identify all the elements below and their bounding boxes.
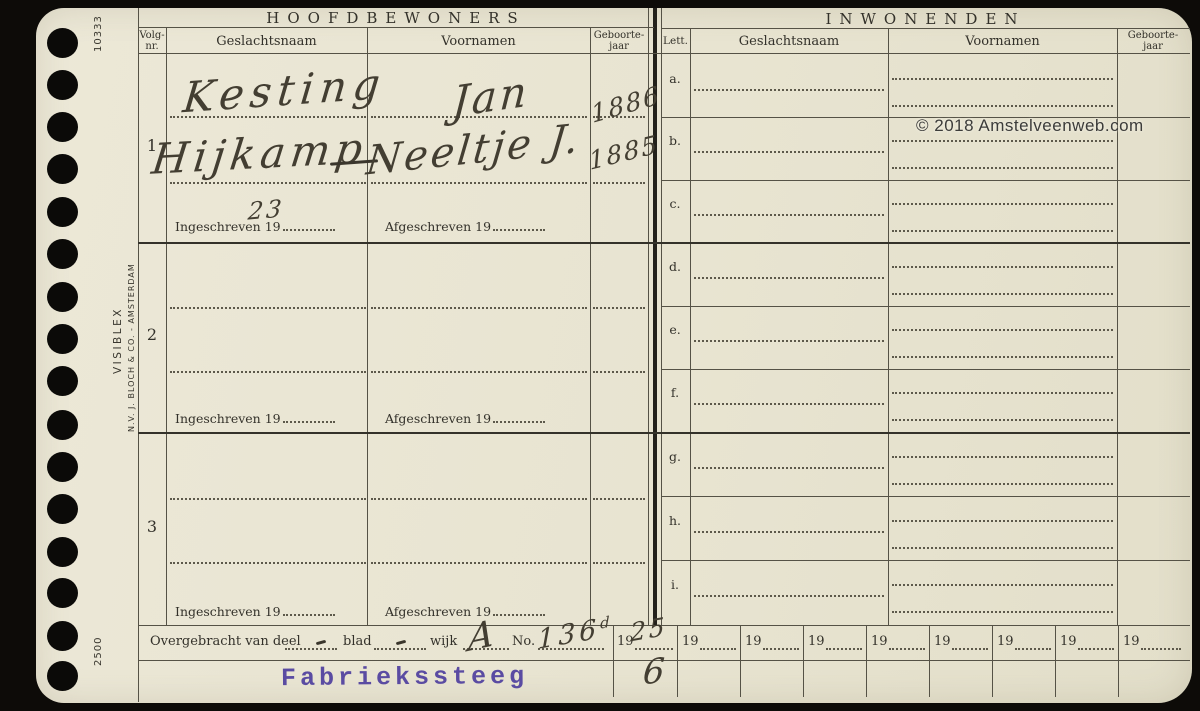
overgebracht-label: Overgebracht van deel [150,634,301,649]
grid-line [740,626,741,697]
grid-line [138,53,1190,54]
lett-label: d. [661,259,689,274]
punch-hole [47,154,78,184]
punch-hole [47,324,78,354]
dotted-line [593,307,645,309]
punch-hole [47,197,78,227]
punch-hole [47,621,78,651]
dotted-line [892,105,1113,107]
dotted-line [285,648,337,650]
col-header-firstnames-left: Voornamen [367,34,590,49]
watermark: © 2018 Amstelveenweb.com [916,116,1144,136]
dotted-line [371,371,587,373]
punch-hole [47,239,78,269]
afgeschreven-label: Afgeschreven 19 [385,219,491,234]
dotted-line [892,293,1113,295]
dotted-line [892,611,1113,613]
dotted-line [694,467,884,469]
handwritten-house-number: 6 [642,651,666,694]
dotted-line [170,562,366,564]
year-cell-label: 19 [745,634,762,649]
ingeschreven-label: Ingeschreven 19 [175,411,281,426]
dotted-line [170,371,366,373]
punch-hole [47,410,78,440]
grid-line [661,560,1190,561]
lett-label: c. [661,196,689,211]
dotted-line [892,78,1113,80]
dotted-line [371,307,587,309]
col-header-birthyear-left-line2: jaar [590,41,648,52]
lett-label: b. [661,133,689,148]
grid-line [661,28,1190,29]
dotted-line [283,412,335,423]
dotted-line [694,403,884,405]
handwritten-ingeschreven-year: 23 [247,194,286,226]
punch-hole [47,28,78,58]
col-header-volgnr-line1: Volg- [138,30,166,41]
grid-line [661,496,1190,497]
dotted-line [892,456,1113,458]
row-number: 2 [138,325,166,344]
dotted-line [892,584,1113,586]
year-cell-label: 19 [997,634,1014,649]
dotted-line [635,648,673,650]
dotted-line [892,356,1113,358]
dotted-line [700,648,736,650]
year-cell-label: 19 [1060,634,1077,649]
brand-maker: N.V. J. BLOCH & CO. - AMSTERDAM [127,260,136,432]
dotted-line [892,230,1113,232]
dotted-line [892,483,1113,485]
lett-label: f. [661,385,689,400]
ingeschreven-row2: Ingeschreven 19 [175,411,335,426]
afgeschreven-row2: Afgeschreven 19 [385,411,545,426]
dotted-line [763,648,799,650]
dotted-line [694,595,884,597]
dotted-line [493,412,545,423]
col-header-birthyear-right-line2: jaar [1117,41,1189,52]
grid-line [677,626,678,697]
punch-hole [47,366,78,396]
dotted-line [593,182,645,184]
afgeschreven-label: Afgeschreven 19 [385,411,491,426]
dotted-line [593,371,645,373]
group-divider [138,242,1190,244]
dotted-line [371,562,587,564]
grid-line [661,369,1190,370]
year-cell-label: 19 [934,634,951,649]
dotted-line [892,392,1113,394]
punch-hole [47,70,78,100]
grid-line [803,626,804,697]
dotted-line [694,214,884,216]
group-divider [138,432,1190,434]
grid-line [138,27,654,28]
dotted-line [892,329,1113,331]
punch-hole [47,112,78,142]
wijk-label: wijk [430,634,457,649]
year-cell-label: 19 [871,634,888,649]
afgeschreven-row1: Afgeschreven 19 [385,219,545,234]
lett-label: a. [661,71,689,86]
grid-line [661,306,1190,307]
dotted-line [952,648,988,650]
dotted-line [694,340,884,342]
inwonenden-title: INWONENDEN [661,10,1190,28]
punch-hole [47,578,78,608]
dotted-line [170,498,366,500]
col-header-volgnr: Volg- nr. [138,30,166,52]
dotted-line [892,167,1113,169]
punch-hole [47,494,78,524]
dotted-line [889,648,925,650]
lett-label: h. [661,513,689,528]
scanned-register-card: 10333 VISIBLEX N.V. J. BLOCH & CO. - AMS… [0,0,1200,711]
grid-line [992,626,993,697]
dotted-line [170,182,366,184]
dotted-line [892,520,1113,522]
ingeschreven-row3: Ingeschreven 19 [175,604,335,619]
col-header-birthyear-left-line1: Geboorte- [590,30,648,41]
dotted-line [371,498,587,500]
dotted-line [892,203,1113,205]
lett-label: g. [661,449,689,464]
grid-line [367,27,368,625]
row-number: 3 [138,517,166,536]
dotted-line [892,547,1113,549]
dotted-line [892,140,1113,142]
dotted-line [493,605,545,616]
dotted-line [892,419,1113,421]
col-header-birthyear-left: Geboorte- jaar [590,30,648,52]
hoofdbewoners-title: HOOFDBEWONERS [138,9,654,27]
dotted-line [371,182,587,184]
col-header-surname-right: Geslachtsnaam [690,34,888,49]
punch-hole [47,282,78,312]
col-header-firstnames-right: Voornamen [888,34,1117,49]
dotted-line [593,498,645,500]
dotted-line [892,266,1113,268]
dotted-line [1141,648,1181,650]
lett-label: e. [661,322,689,337]
dotted-line [826,648,862,650]
dotted-line [493,220,545,231]
dotted-line [1078,648,1114,650]
grid-line [1055,626,1056,697]
card-code-bottom: 2500 [93,626,104,666]
col-header-surname-left: Geslachtsnaam [166,34,367,49]
dotted-line [283,220,335,231]
year-cell-label: 19 [1123,634,1140,649]
col-header-birthyear-right-line1: Geboorte- [1117,30,1189,41]
grid-line [929,626,930,697]
card-code-top: 10333 [93,12,104,52]
dotted-line [283,605,335,616]
dotted-line [694,89,884,91]
dotted-line [593,562,645,564]
punch-hole [47,452,78,482]
grid-line [866,626,867,697]
dotted-line [170,307,366,309]
col-header-lett: Lett. [661,36,690,47]
handwritten-wijk: A [468,613,495,661]
street-name-stamp: Fabriekssteeg [281,662,528,693]
col-header-birthyear-right: Geboorte- jaar [1117,30,1189,52]
dotted-line [694,151,884,153]
dotted-line [1015,648,1051,650]
dotted-line [694,531,884,533]
year-cell-label: 19 [808,634,825,649]
ingeschreven-label: Ingeschreven 19 [175,604,281,619]
afgeschreven-row3: Afgeschreven 19 [385,604,545,619]
no-label: No. [512,634,535,649]
no-suffix: d [600,612,613,633]
col-header-volgnr-line2: nr. [138,41,166,52]
grid-line [661,180,1190,181]
grid-line [138,8,139,702]
blad-label: blad [343,634,372,649]
punch-hole [47,661,78,691]
lett-label: i. [661,577,689,592]
dotted-line [374,648,426,650]
year-cell-label: 19 [682,634,699,649]
grid-line [1118,626,1119,697]
brand-name: VISIBLEX [112,288,124,374]
grid-line [166,27,167,625]
punch-hole [47,537,78,567]
dotted-line [694,277,884,279]
